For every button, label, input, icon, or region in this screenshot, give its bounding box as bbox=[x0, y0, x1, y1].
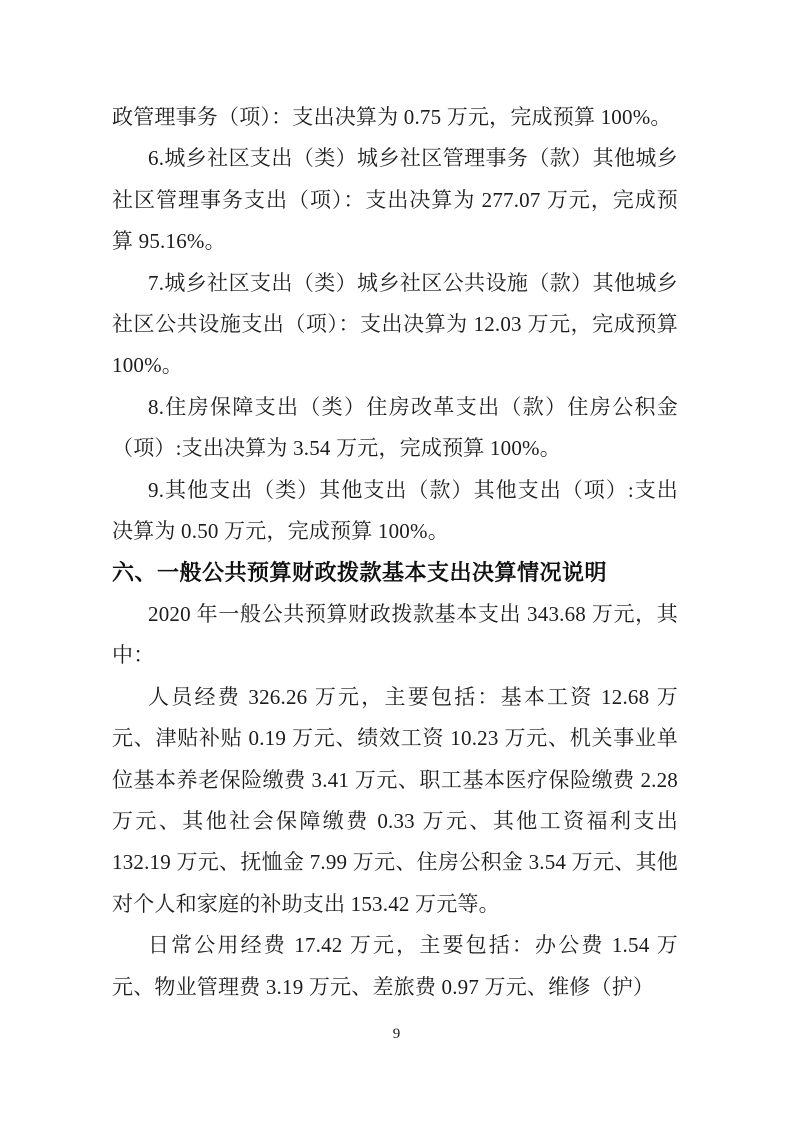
document-body: 政管理事务（项）：支出决算为 0.75 万元，完成预算 100%。 6.城乡社区… bbox=[112, 97, 678, 1008]
section-heading-basic-expenditure: 六、一般公共预算财政拨款基本支出决算情况说明 bbox=[112, 552, 678, 593]
page-number: 9 bbox=[0, 1024, 793, 1044]
paragraph-item-9: 9.其他支出（类）其他支出（款）其他支出（项）:支出决算为 0.50 万元，完成… bbox=[112, 470, 678, 553]
paragraph-item-8: 8.住房保障支出（类）住房改革支出（款）住房公积金（项）:支出决算为 3.54 … bbox=[112, 387, 678, 470]
paragraph-item-6: 6.城乡社区支出（类）城乡社区管理事务（款）其他城乡社区管理事务支出（项）：支出… bbox=[112, 138, 678, 262]
paragraph-personnel-funds: 人员经费 326.26 万元，主要包括：基本工资 12.68 万元、津贴补贴 0… bbox=[112, 677, 678, 925]
paragraph-continuation: 政管理事务（项）：支出决算为 0.75 万元，完成预算 100%。 bbox=[112, 97, 678, 138]
paragraph-item-7: 7.城乡社区支出（类）城乡社区公共设施（款）其他城乡社区公共设施支出（项）：支出… bbox=[112, 263, 678, 387]
paragraph-daily-public-funds: 日常公用经费 17.42 万元，主要包括：办公费 1.54 万元、物业管理费 3… bbox=[112, 925, 678, 1008]
paragraph-basic-expenditure-total: 2020 年一般公共预算财政拨款基本支出 343.68 万元，其中： bbox=[112, 594, 678, 677]
document-page: 政管理事务（项）：支出决算为 0.75 万元，完成预算 100%。 6.城乡社区… bbox=[0, 0, 793, 1122]
